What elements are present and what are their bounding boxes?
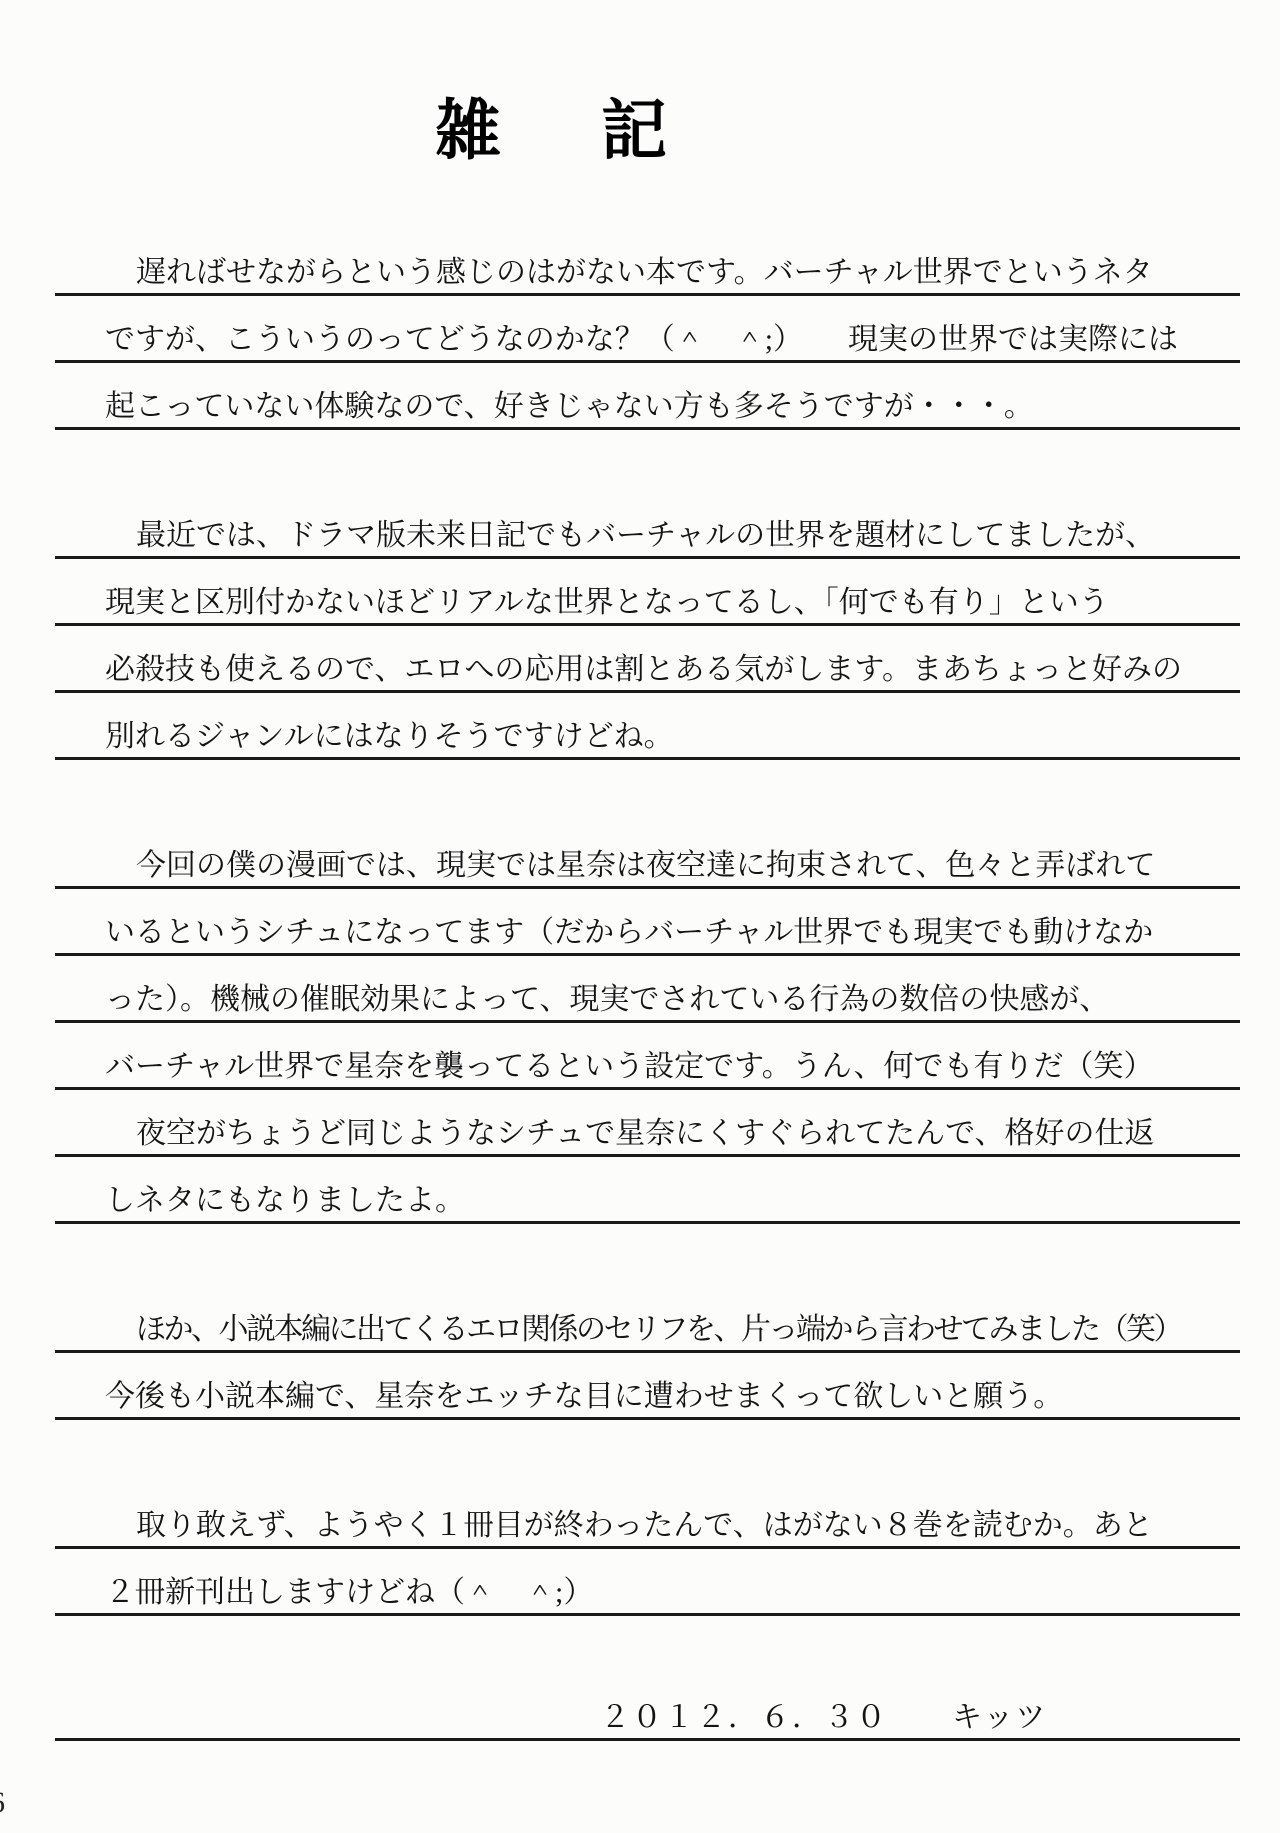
text-line: 起こっていない体験なので、好きじゃない方も多そうですが・・・。: [55, 363, 1240, 430]
text-line: バーチャル世界で星奈を襲ってるという設定です。うん、何でも有りだ（笑）: [55, 1023, 1240, 1090]
text-line: 今後も小説本編で、星奈をエッチな目に遭わせまくって欲しいと願う。: [55, 1353, 1240, 1420]
line-text: しネタにもなりましたよ。: [105, 1185, 465, 1217]
line-text: 最近では、ドラマ版未来日記でもバーチャルの世界を題材にしてましたが、: [136, 520, 1155, 552]
text-line: 最近では、ドラマ版未来日記でもバーチャルの世界を題材にしてましたが、: [55, 492, 1240, 559]
body-text: 遅ればせながらという感じのはがない本です。バーチャル世界でというネタ ですが、こ…: [55, 229, 1240, 1741]
line-text: 夜空がちょうど同じようなシチュで星奈にくすぐられてたんで、格好の仕返: [136, 1118, 1155, 1150]
text-line: 今回の僕の漫画では、現実では星奈は夜空達に拘束されて、色々と弄ばれて: [55, 822, 1240, 889]
line-text: バーチャル世界で星奈を襲ってるという設定です。うん、何でも有りだ（笑）: [105, 1051, 1154, 1083]
text-line: ２冊新刊出しますけどね（＾ ＾;）: [55, 1549, 1240, 1616]
line-text: 起こっていない体験なので、好きじゃない方も多そうですが・・・。: [105, 391, 1034, 423]
text-lines: 遅ればせながらという感じのはがない本です。バーチャル世界でというネタ ですが、こ…: [55, 229, 1240, 1616]
text-line: 現実と区別付かないほどリアルな世界となってるし、「何でも有り」という: [55, 559, 1240, 626]
line-text: 別れるジャンルにはなりそうですけどね。: [105, 721, 674, 753]
text-line: 別れるジャンルにはなりそうですけどね。: [55, 693, 1240, 760]
text-line: いるというシチュになってます（だからバーチャル世界でも現実でも動けなか: [55, 889, 1240, 956]
line-text: 必殺技も使えるので、エロへの応用は割とある気がします。まあちょっと好みの: [105, 654, 1182, 686]
scanned-page: 雑 記 遅ればせながらという感じのはがない本です。バーチャル世界でというネタ で…: [0, 0, 1280, 1833]
line-text: ２冊新刊出しますけどね（＾ ＾;）: [105, 1577, 593, 1609]
text-line: ですが、こういうのってどうなのかな？（＾ ＾;） 現実の世界では実際には: [55, 296, 1240, 363]
page-title: 雑 記: [0, 92, 1240, 171]
line-text: 遅ればせながらという感じのはがない本です。バーチャル世界でというネタ: [136, 257, 1153, 289]
line-text: 今回の僕の漫画では、現実では星奈は夜空達に拘束されて、色々と弄ばれて: [136, 850, 1155, 882]
text-line: しネタにもなりましたよ。: [55, 1157, 1240, 1224]
text-line: 必殺技も使えるので、エロへの応用は割とある気がします。まあちょっと好みの: [55, 626, 1240, 693]
line-text: 取り敢えず、ようやく１冊目が終わったんで、はがない８巻を読むか。あと: [136, 1510, 1153, 1542]
line-text: ほか、小説本編に出てくるエロ関係のセリフを、片っ端から言わせてみました（笑）: [136, 1314, 1181, 1346]
text-line: 夜空がちょうど同じようなシチュで星奈にくすぐられてたんで、格好の仕返: [55, 1090, 1240, 1157]
line-text: った）。機械の催眠効果によって、現実でされている行為の数倍の快感が、: [105, 984, 1109, 1016]
line-text: いるというシチュになってます（だからバーチャル世界でも現実でも動けなか: [105, 917, 1153, 949]
text-line: 遅ればせながらという感じのはがない本です。バーチャル世界でというネタ: [55, 229, 1240, 296]
page-number: 6: [0, 1786, 5, 1820]
line-text: 現実と区別付かないほどリアルな世界となってるし、「何でも有り」という: [105, 587, 1109, 619]
text-line: ほか、小説本編に出てくるエロ関係のセリフを、片っ端から言わせてみました（笑）: [55, 1286, 1240, 1353]
line-text: ですが、こういうのってどうなのかな？（＾ ＾;） 現実の世界では実際には: [105, 324, 1178, 356]
text-line: 取り敢えず、ようやく１冊目が終わったんで、はがない８巻を読むか。あと: [55, 1482, 1240, 1549]
date-line: ２０１２．６．３０ キッツ: [55, 1674, 1240, 1741]
line-text: 今後も小説本編で、星奈をエッチな目に遭わせまくって欲しいと願う。: [105, 1381, 1063, 1413]
text-line: った）。機械の催眠効果によって、現実でされている行為の数倍の快感が、: [55, 956, 1240, 1023]
date-and-signature: ２０１２．６．３０ キッツ: [600, 1702, 1047, 1734]
